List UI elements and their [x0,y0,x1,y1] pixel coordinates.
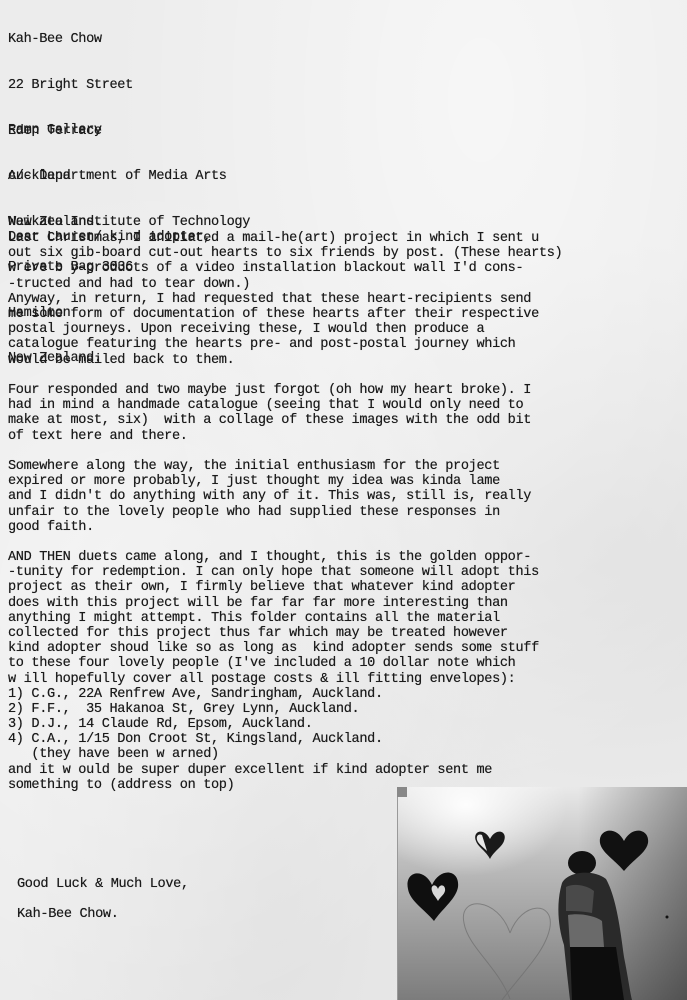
paragraph-line: kind adopter shoud like so as long as ki… [8,641,539,656]
paragraph-line: had in mind a handmade catalogue (seeing… [8,398,531,413]
paragraph-line: Somewhere along the way, the initial ent… [8,459,531,474]
photo-corner-mark [397,787,407,797]
heart-icon [475,832,505,859]
paragraph-line: postal journeys. Upon receiving these, I… [8,322,562,337]
paragraph-line: and it w ould be super duper excellent i… [8,763,539,778]
paragraph-line: collected for this project thus far whic… [8,626,539,641]
person-figure [558,851,632,1000]
paragraph-line: good faith. [8,520,531,535]
paragraph-line: w ill hopefully cover all postage costs … [8,672,539,687]
paragraph-line: me some form of documentation of these h… [8,307,562,322]
paragraph: AND THEN duets came along, and I thought… [8,550,539,793]
paragraph-line: -tructed and had to tear down.) [8,277,562,292]
paragraph-line: does with this project will be far far f… [8,596,539,611]
recipient-address-line: c/- Department of Media Arts [8,169,250,184]
paragraph-line: project as their own, I firmly believe t… [8,580,539,595]
paragraph-line: AND THEN duets came along, and I thought… [8,550,539,565]
paragraph-line: -tunity for redemption. I can only hope … [8,565,539,580]
sender-address-line: 22 Bright Street [8,78,133,93]
paragraph-line: anything I might attempt. This folder co… [8,611,539,626]
paragraph: Last Christmas, I initiated a mail-he(ar… [8,231,562,368]
sender-address-line: Kah-Bee Chow [8,32,133,47]
paragraph: Four responded and two maybe just forgot… [8,383,531,444]
paragraph-line: catalogue featuring the hearts pre- and … [8,337,562,352]
paragraph-line: to these four lovely people (I've includ… [8,656,539,671]
paragraph: Somewhere along the way, the initial ent… [8,459,531,535]
paragraph-line: and I didn't do anything with any of it.… [8,489,531,504]
paragraph-line: Four responded and two maybe just forgot… [8,383,531,398]
paragraph-line: would be mailed back to them. [8,353,562,368]
paragraph-line: out six gib-board cut-out hearts to six … [8,246,562,261]
paragraph-line: of text here and there. [8,429,531,444]
paragraph-line: w ere b y-products of a video installati… [8,261,562,276]
paragraph-line: Last Christmas, I initiated a mail-he(ar… [8,231,562,246]
signature: Kah-Bee Chow. [17,877,119,953]
heart-icon [600,831,648,871]
paragraph-line: 3) D.J., 14 Claude Rd, Epsom, Auckland. [8,717,539,732]
paragraph-line: 4) C.A., 1/15 Don Croot St, Kingsland, A… [8,732,539,747]
signature-text: Kah-Bee Chow. [17,907,119,922]
paragraph-line: (they have been w arned) [8,747,539,762]
heart-icon [407,872,458,921]
paragraph-line: expired or more probably, I just thought… [8,474,531,489]
paragraph-line: 1) C.G., 22A Renfrew Ave, Sandringham, A… [8,687,539,702]
recipient-address-line: Ramp Gallery [8,123,250,138]
heart-wall-photo [397,787,687,1000]
paragraph-line: 2) F.F., 35 Hakanoa St, Grey Lynn, Auckl… [8,702,539,717]
typewritten-letter: Kah-Bee Chow 22 Bright Street Eden Terra… [0,0,687,1000]
photo-scene [398,787,687,1000]
paragraph-line: unfair to the lovely people who had supp… [8,505,531,520]
paragraph-line: make at most, six) with a collage of the… [8,413,531,428]
paragraph-line: Anyway, in return, I had requested that … [8,292,562,307]
